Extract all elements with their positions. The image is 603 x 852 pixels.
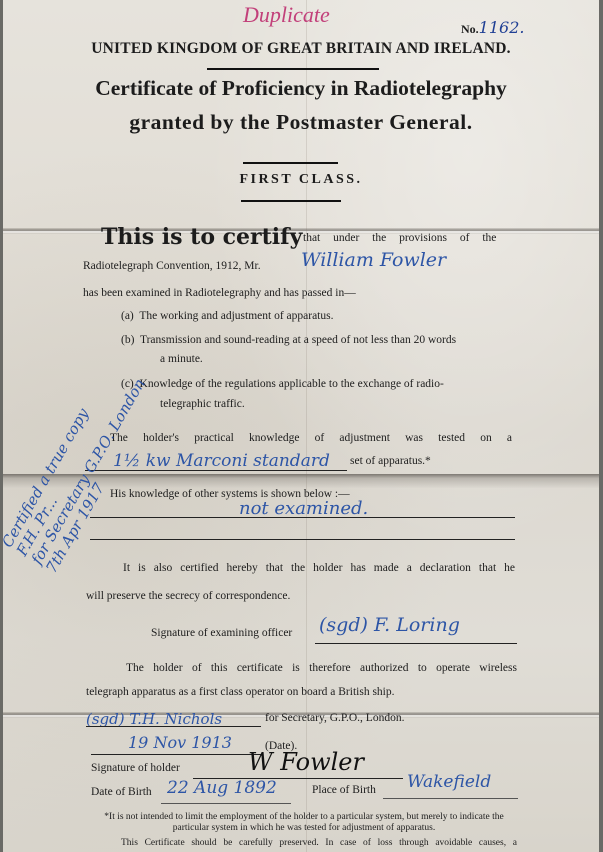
certificate-document: Duplicate No.1162. UNITED KINGDOM OF GRE… (3, 0, 599, 852)
pob-value: Wakefield (407, 772, 491, 792)
declaration-text: It is also certified hereby that the hol… (123, 562, 515, 574)
item-marker: (b) (121, 334, 134, 346)
issue-date-line (91, 754, 261, 755)
duplicate-stamp: Duplicate (243, 2, 330, 28)
authorization-text-2: telegraph apparatus as a first class ope… (86, 686, 395, 698)
holder-name: William Fowler (301, 249, 446, 271)
item-c-continuation: telegraphic traffic. (160, 398, 245, 410)
other-systems-value: not examined. (239, 498, 368, 519)
item-text: The working and adjustment of apparatus. (139, 310, 333, 322)
apparatus-tail-text: set of apparatus.* (350, 455, 431, 467)
divider (243, 162, 338, 164)
item-b: (b) Transmission and sound-reading at a … (121, 334, 456, 346)
item-marker: (a) (121, 310, 134, 322)
item-text: Knowledge of the regulations applicable … (140, 378, 444, 390)
certificate-title: Certificate of Proficiency in Radioteleg… (3, 76, 599, 101)
secretary-line (86, 726, 261, 727)
under-provisions-text: that under the provisions of the (303, 232, 496, 244)
other-systems-line (90, 539, 515, 540)
certificate-number-label: No. (461, 22, 479, 36)
examining-officer-line (315, 643, 517, 644)
pob-label: Place of Birth (312, 784, 376, 796)
item-text: Transmission and sound-reading at a spee… (140, 334, 456, 346)
practical-knowledge-text: The holder's practical knowledge of adju… (110, 432, 512, 444)
divider (241, 200, 341, 202)
authorization-text: The holder of this certificate is theref… (126, 662, 517, 674)
holder-signature: W Fowler (248, 748, 364, 776)
secrecy-text: will preserve the secrecy of corresponde… (86, 590, 290, 602)
convention-text: Radiotelegraph Convention, 1912, Mr. (83, 260, 261, 272)
examining-officer-label: Signature of examining officer (151, 627, 292, 639)
divider (207, 68, 379, 70)
item-c: (c) Knowledge of the regulations applica… (121, 378, 444, 390)
examined-text: has been examined in Radiotelegraphy and… (83, 287, 356, 299)
footnote: *It is not intended to limit the employm… (91, 812, 517, 834)
item-a: (a) The working and adjustment of appara… (121, 310, 333, 322)
apparatus-value: 1½ kw Marconi standard (113, 451, 330, 471)
examining-officer-signature: (sgd) F. Loring (319, 614, 460, 636)
certificate-number-value: 1162. (479, 18, 525, 37)
preservation-note: This Certificate should be carefully pre… (121, 838, 517, 848)
certificate-class: FIRST CLASS. (3, 172, 599, 188)
pob-line (383, 798, 518, 799)
issue-date-value: 19 Nov 1913 (128, 733, 232, 752)
country-heading: UNITED KINGDOM OF GREAT BRITAIN AND IREL… (3, 40, 599, 58)
dob-value: 22 Aug 1892 (167, 778, 277, 798)
item-b-continuation: a minute. (160, 353, 203, 365)
dob-line (161, 803, 291, 804)
certificate-subtitle: granted by the Postmaster General. (3, 110, 599, 135)
secretary-label: for Secretary, G.P.O., London. (265, 712, 404, 724)
holder-signature-label: Signature of holder (91, 762, 180, 774)
certify-heading: This is to certify (101, 224, 302, 250)
dob-label: Date of Birth (91, 786, 152, 798)
certificate-number: No.1162. (461, 18, 524, 37)
